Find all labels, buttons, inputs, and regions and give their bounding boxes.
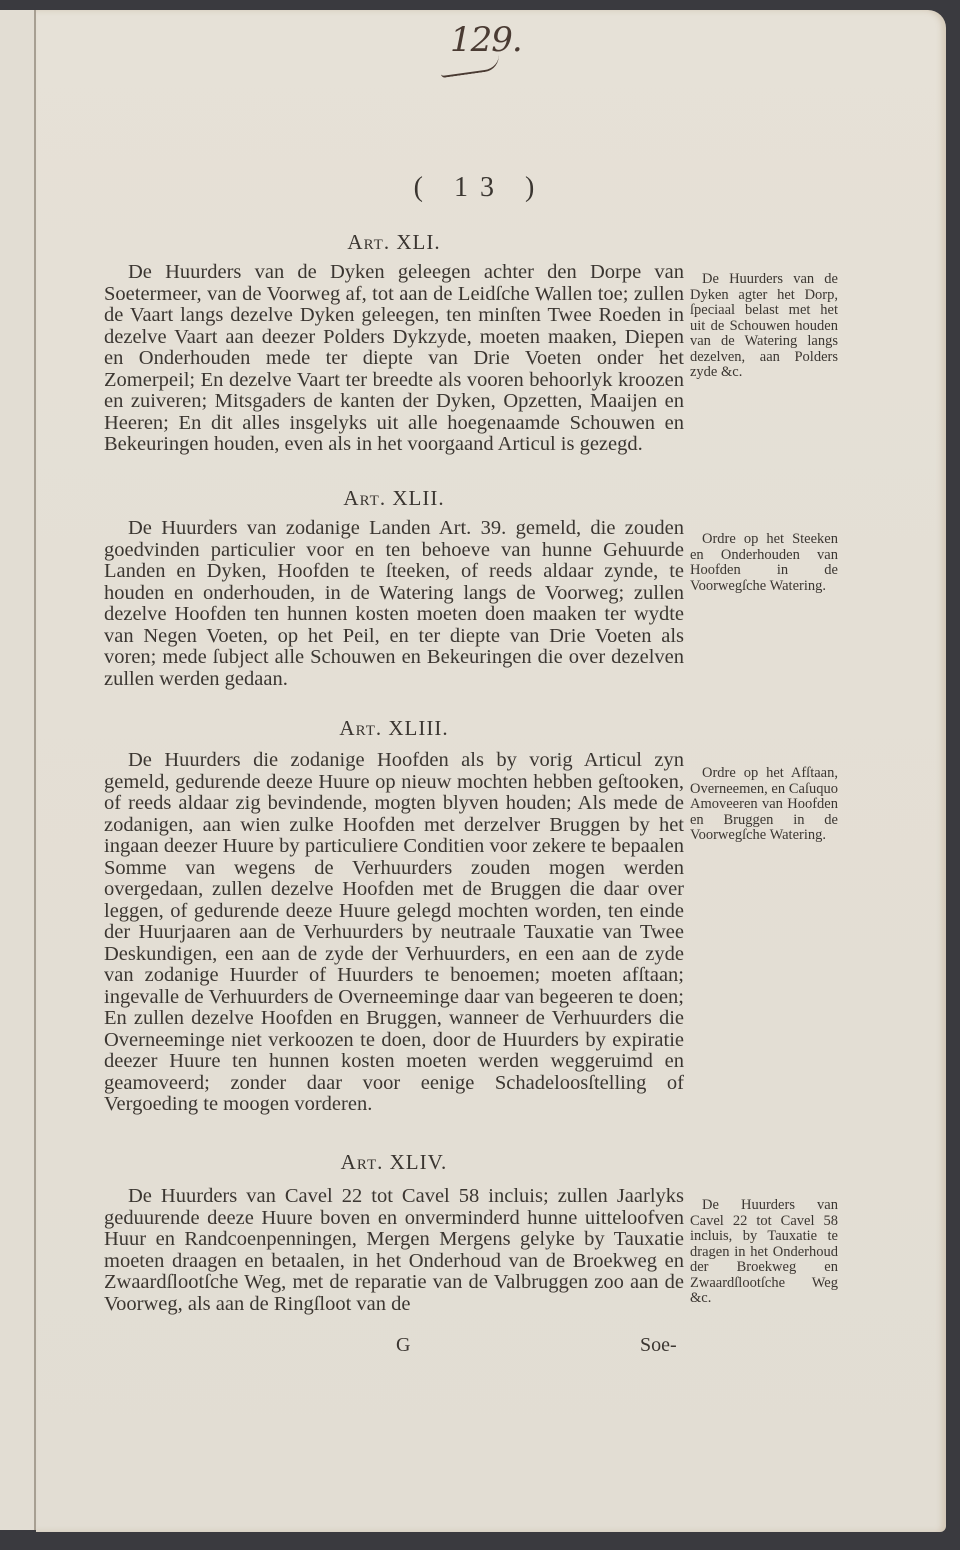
margin-note-xliv: De Huurders van Cavel 22 tot Cavel 58 in… — [690, 1198, 838, 1307]
page-number: ( 13 ) — [0, 172, 960, 204]
margin-note-text: De Huurders van Cavel 22 tot Cavel 58 in… — [690, 1198, 838, 1307]
previous-page-edge — [0, 10, 34, 1530]
signature-mark: G — [396, 1334, 410, 1357]
margin-note-text: Ordre op het Afſtaan, Overneemen, en Caſ… — [690, 766, 838, 844]
margin-note-text: Ordre op het Steeken en Onderhouden van … — [690, 532, 838, 594]
article-text: De Huurders van de Dyken geleegen achter… — [104, 262, 684, 456]
article-body-xlii: De Huurders van zodanige Landen Art. 39.… — [104, 518, 684, 690]
article-body-xli: De Huurders van de Dyken geleegen achter… — [104, 262, 684, 456]
article-body-xliv: De Huurders van Cavel 22 tot Cavel 58 in… — [104, 1186, 684, 1315]
margin-note-xliii: Ordre op het Afſtaan, Overneemen, en Caſ… — [690, 766, 838, 844]
catchword: Soe- — [640, 1334, 677, 1357]
handwritten-folio-number: 129. — [450, 20, 522, 60]
margin-note-xlii: Ordre op het Steeken en Onderhouden van … — [690, 532, 838, 594]
article-body-xliii: De Huurders die zodanige Hoofden als by … — [104, 750, 684, 1116]
margin-note-xli: De Huurders van de Dyken agter het Dorp,… — [690, 272, 838, 381]
article-heading-xli: Art. XLI. — [104, 230, 684, 255]
article-heading-xliii: Art. XLIII. — [104, 716, 684, 741]
margin-note-text: De Huurders van de Dyken agter het Dorp,… — [690, 272, 838, 381]
article-text: De Huurders van Cavel 22 tot Cavel 58 in… — [104, 1186, 684, 1315]
article-text: De Huurders van zodanige Landen Art. 39.… — [104, 518, 684, 690]
article-text: De Huurders die zodanige Hoofden als by … — [104, 750, 684, 1116]
article-heading-xlii: Art. XLII. — [104, 486, 684, 511]
article-heading-xliv: Art. XLIV. — [104, 1150, 684, 1175]
